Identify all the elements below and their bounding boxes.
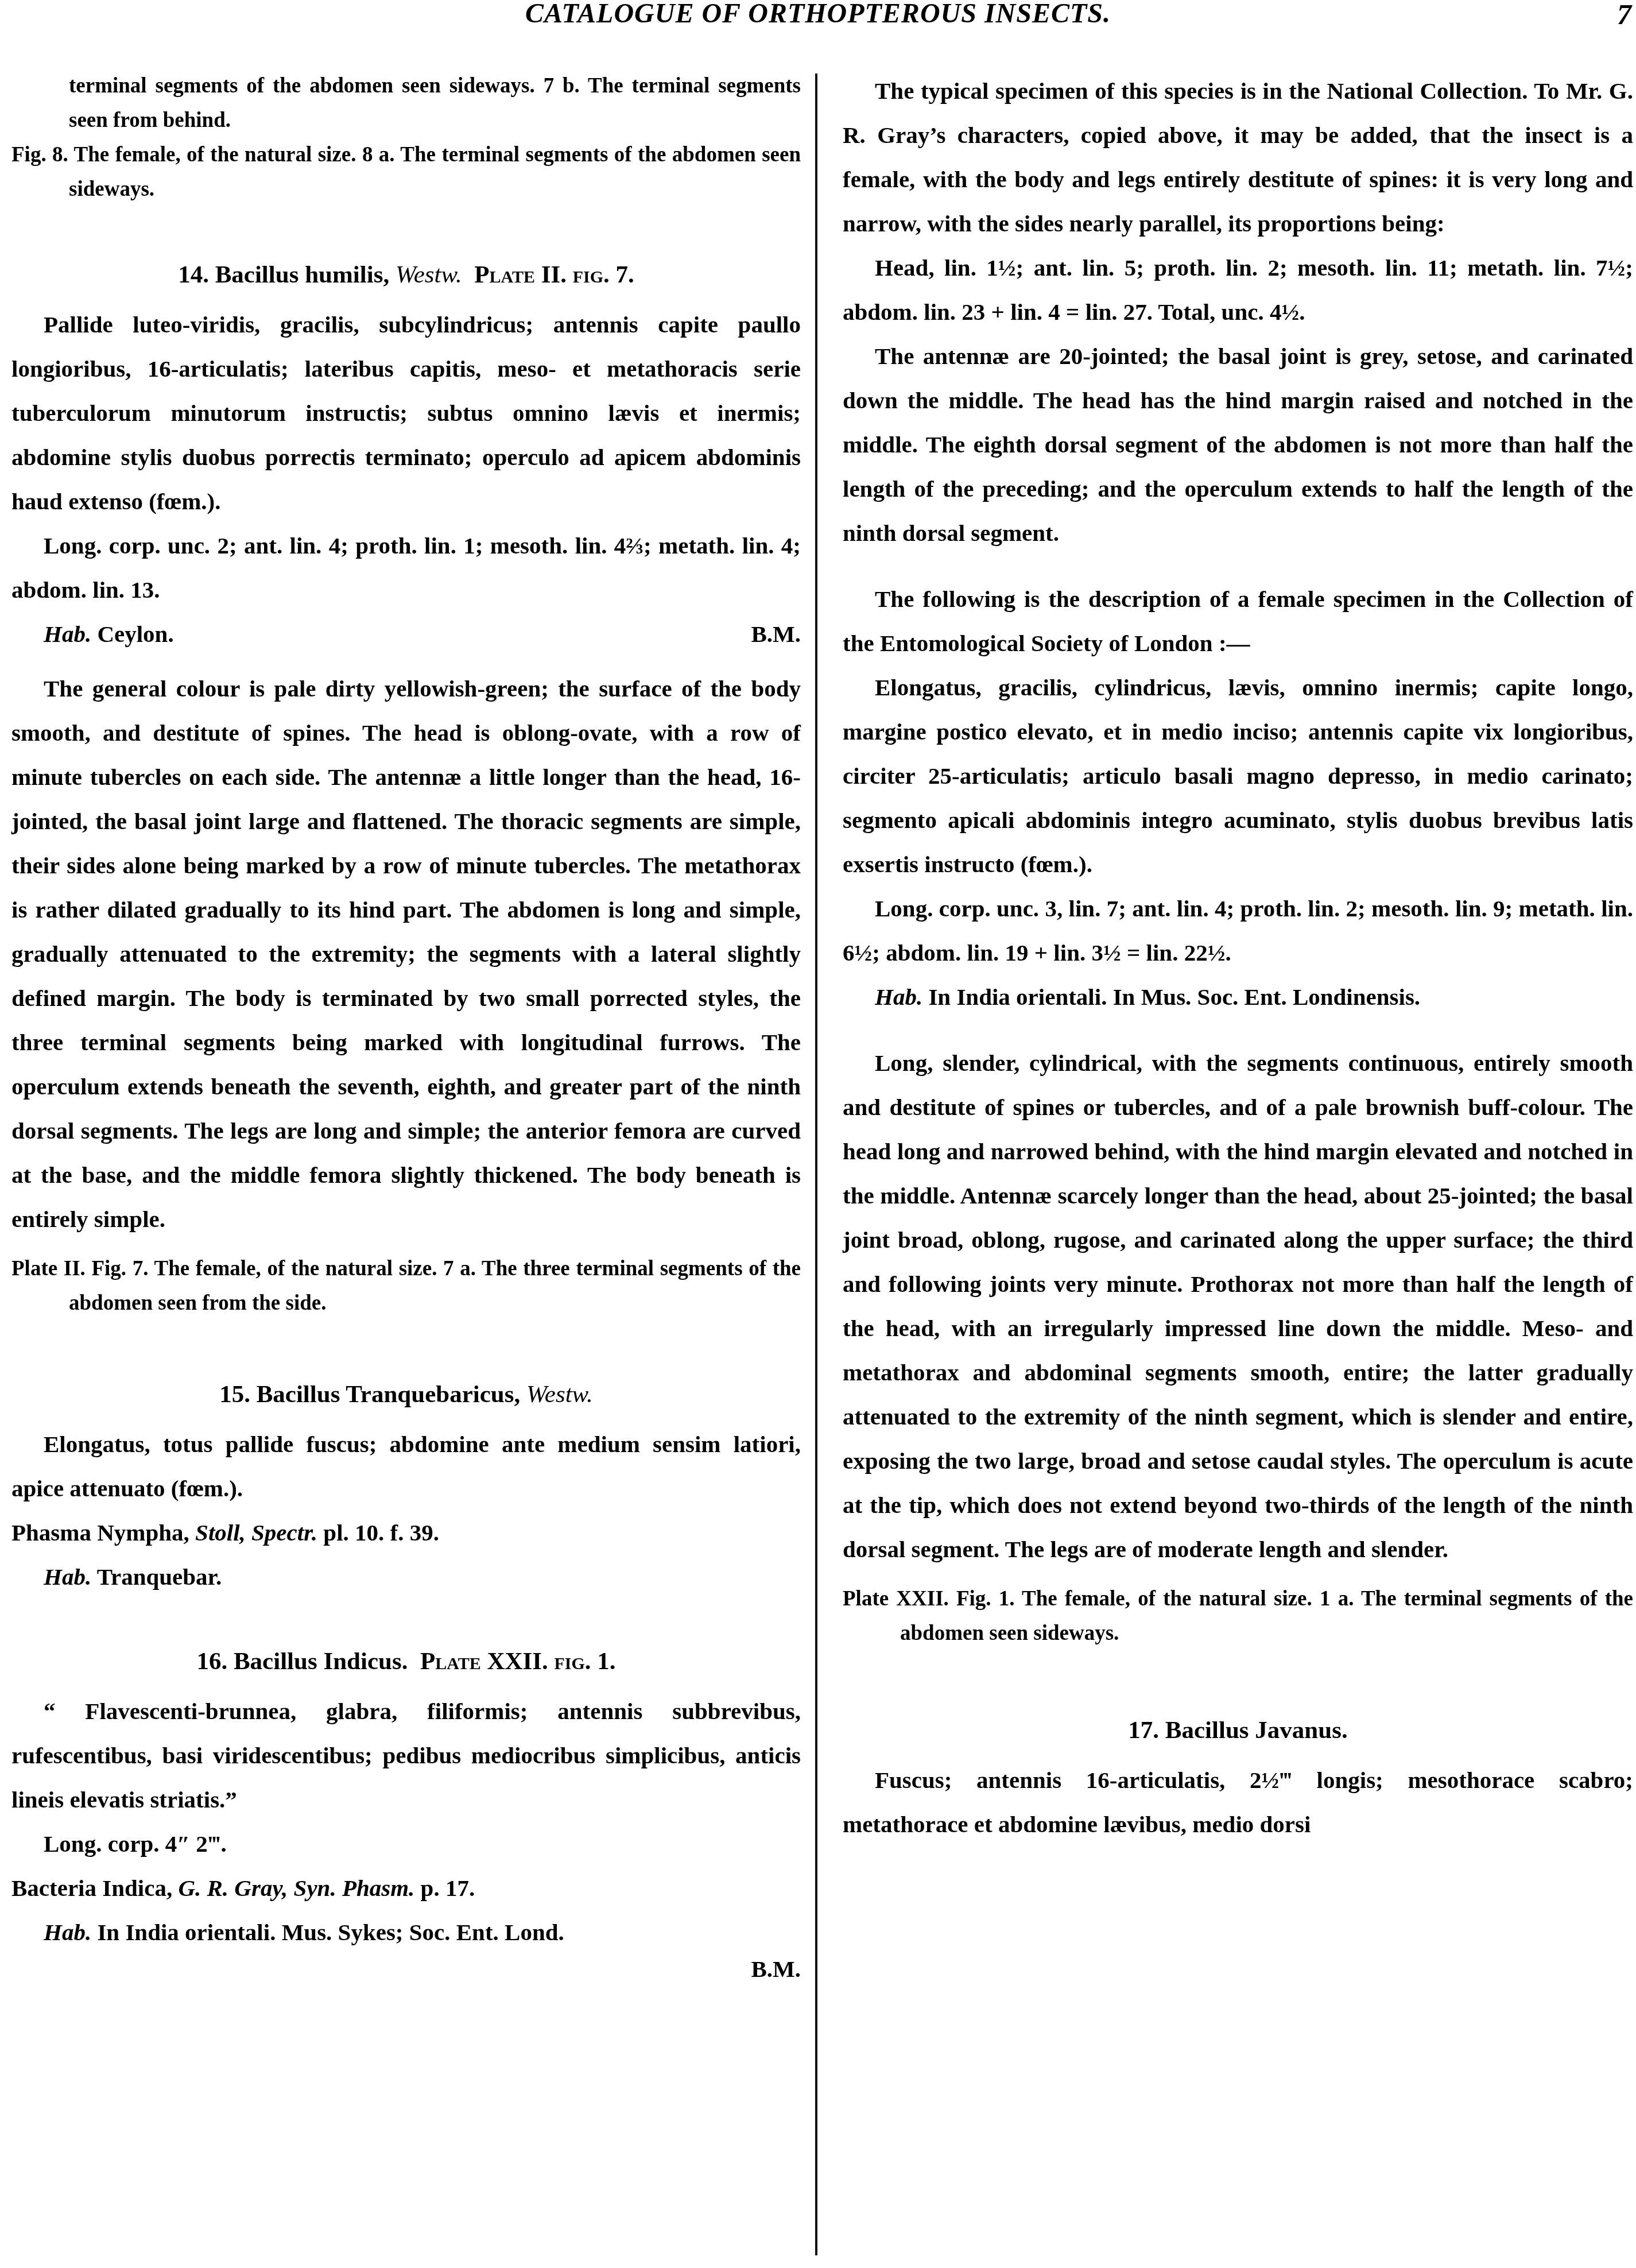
species-16-synonym: Bacteria Indica, G. R. Gray, Syn. Phasm.… bbox=[11, 1866, 801, 1910]
synonym-reference: pl. 10. f. 39. bbox=[323, 1519, 439, 1546]
plate-reference: Plate XXII. fig. 1. bbox=[420, 1648, 616, 1675]
species-17-latin-diagnosis: Fuscus; antennis 16-articulatis, 2½‴ lon… bbox=[843, 1758, 1633, 1847]
species-14-habitat: Hab. Ceylon. B.M. bbox=[11, 612, 801, 656]
habitat-text: In India orientali. Mus. Sykes; Soc. Ent… bbox=[97, 1919, 564, 1945]
species-name: Bacillus Indicus. bbox=[234, 1648, 408, 1675]
species-15-habitat: Hab. Tranquebar. bbox=[11, 1555, 801, 1599]
running-header: CATALOGUE OF ORTHOPTEROUS INSECTS. 7 bbox=[0, 0, 1636, 34]
figure-8-caption: Fig. 8. The female, of the natural size.… bbox=[11, 138, 801, 207]
habitat-label: Hab. bbox=[44, 1563, 91, 1590]
left-column: terminal segments of the abdomen seen si… bbox=[11, 69, 801, 1983]
species-14-plate-caption: Plate II. Fig. 7. The female, of the nat… bbox=[11, 1252, 801, 1321]
species-16-collection-mark: B.M. bbox=[11, 1954, 801, 1983]
species-14-heading: 14. Bacillus humilis, Westw. Plate II. f… bbox=[11, 253, 801, 297]
species-name: Bacillus Javanus. bbox=[1165, 1717, 1348, 1744]
female-description: Long, slender, cylindrical, with the seg… bbox=[843, 1041, 1633, 1572]
synonym-name: Bacteria Indica, bbox=[11, 1875, 172, 1901]
species-number: 16. bbox=[196, 1648, 227, 1675]
column-rule bbox=[815, 73, 817, 2255]
habitat-text: In India orientali. In Mus. Soc. Ent. Lo… bbox=[928, 984, 1420, 1010]
plate-reference: Plate II. fig. 7. bbox=[474, 261, 634, 288]
species-17-heading: 17. Bacillus Javanus. bbox=[843, 1708, 1633, 1752]
collection-mark: B.M. bbox=[751, 612, 801, 656]
species-16-heading: 16. Bacillus Indicus. Plate XXII. fig. 1… bbox=[11, 1639, 801, 1683]
habitat-label: Hab. bbox=[44, 621, 91, 647]
species-name: Bacillus Tranquebaricus, bbox=[257, 1381, 521, 1408]
female-latin-diagnosis: Elongatus, gracilis, cylindricus, lævis,… bbox=[843, 665, 1633, 887]
habitat-label: Hab. bbox=[875, 984, 922, 1010]
species-authority: Westw. bbox=[396, 261, 462, 288]
species-15-heading: 15. Bacillus Tranquebaricus, Westw. bbox=[11, 1372, 801, 1416]
typical-specimen-paragraph: The typical specimen of this species is … bbox=[843, 69, 1633, 246]
following-description-intro: The following is the description of a fe… bbox=[843, 577, 1633, 665]
species-15-latin-diagnosis: Elongatus, totus pallide fuscus; abdomin… bbox=[11, 1422, 801, 1511]
species-14-description: The general colour is pale dirty yellowi… bbox=[11, 667, 801, 1241]
species-16-measurements: Long. corp. 4″ 2‴. bbox=[11, 1822, 801, 1866]
species-authority: Westw. bbox=[526, 1381, 593, 1408]
species-name: Bacillus humilis, bbox=[215, 261, 389, 288]
habitat-text: Ceylon. bbox=[97, 621, 173, 647]
species-16-habitat: Hab. In India orientali. Mus. Sykes; Soc… bbox=[11, 1910, 801, 1954]
female-measurements: Long. corp. unc. 3, lin. 7; ant. lin. 4;… bbox=[843, 887, 1633, 975]
habitat-text: Tranquebar. bbox=[97, 1563, 222, 1590]
synonym-author: Stoll, Spectr. bbox=[195, 1519, 317, 1546]
species-14-latin-diagnosis: Pallide luteo-viridis, gracilis, subcyli… bbox=[11, 303, 801, 524]
species-number: 15. bbox=[219, 1381, 250, 1408]
page-number: 7 bbox=[1617, 0, 1631, 31]
right-column: The typical specimen of this species is … bbox=[843, 69, 1633, 1847]
species-number: 17. bbox=[1128, 1717, 1159, 1744]
habitat-label: Hab. bbox=[44, 1919, 91, 1945]
synonym-reference: p. 17. bbox=[421, 1875, 475, 1901]
female-habitat: Hab. In India orientali. In Mus. Soc. En… bbox=[843, 975, 1633, 1019]
species-15-synonym: Phasma Nympha, Stoll, Spectr. pl. 10. f.… bbox=[11, 1511, 801, 1555]
synonym-name: Phasma Nympha, bbox=[11, 1519, 189, 1546]
plate-xxii-caption: Plate XXII. Fig. 1. The female, of the n… bbox=[843, 1582, 1633, 1651]
species-number: 14. bbox=[178, 261, 209, 288]
species-16-latin-diagnosis: “ Flavescenti-brunnea, glabra, filiformi… bbox=[11, 1689, 801, 1822]
synonym-author: G. R. Gray, Syn. Phasm. bbox=[178, 1875, 414, 1901]
continued-caption: terminal segments of the abdomen seen si… bbox=[11, 69, 801, 138]
proportions-line: Head, lin. 1½; ant. lin. 5; proth. lin. … bbox=[843, 246, 1633, 334]
species-14-measurements: Long. corp. unc. 2; ant. lin. 4; proth. … bbox=[11, 524, 801, 612]
running-title: CATALOGUE OF ORTHOPTEROUS INSECTS. bbox=[0, 0, 1636, 29]
antennae-paragraph: The antennæ are 20-jointed; the basal jo… bbox=[843, 334, 1633, 555]
